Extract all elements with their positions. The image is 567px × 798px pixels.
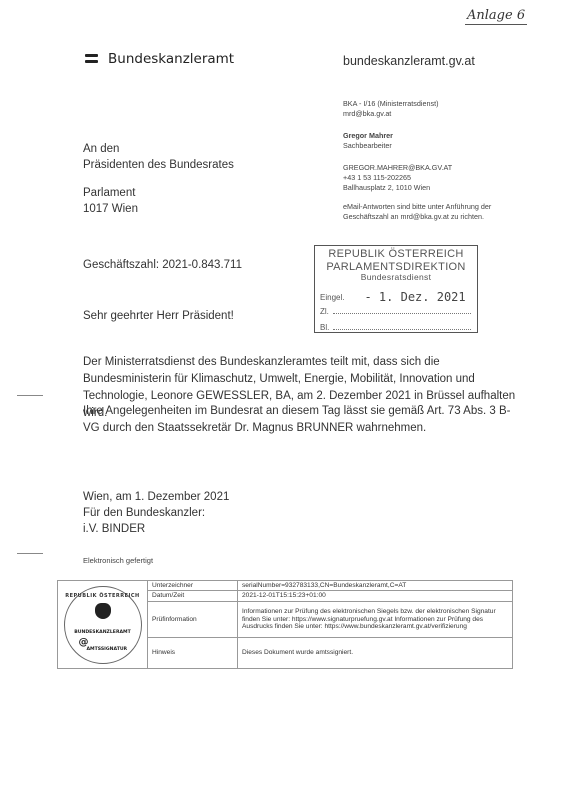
sender-department: BKA - I/16 (Ministerratsdienst)	[343, 99, 438, 109]
recipient-line4: 1017 Wien	[83, 201, 234, 217]
reply-note-line1: eMail-Antworten sind bitte unter Anführu…	[343, 202, 491, 212]
sig-key: Datum/Zeit	[148, 591, 238, 602]
closing-for: Für den Bundeskanzler:	[83, 505, 229, 521]
reference-number: Geschäftszahl: 2021-0.843.711	[83, 259, 242, 271]
sender-department-block: BKA - I/16 (Ministerratsdienst) mrd@bka.…	[343, 99, 438, 119]
seal-org: BUNDESKANZLERAMT	[65, 630, 141, 635]
body-paragraph-2: Ihre Angelegenheiten im Bundesrat an die…	[83, 403, 523, 437]
signature-block: REPUBLIK ÖSTERREICH BUNDESKANZLERAMT @ A…	[57, 580, 513, 669]
sender-address: Ballhausplatz 2, 1010 Wien	[343, 183, 452, 193]
reply-note-line2: Geschäftszahl an mrd@bka.gv.at zu richte…	[343, 212, 491, 222]
sig-value: Informationen zur Prüfung des elektronis…	[238, 602, 512, 638]
bka-logo: Bundeskanzleramt	[85, 51, 234, 67]
sig-key: Prüfinformation	[148, 602, 238, 638]
closing-place-date: Wien, am 1. Dezember 2021	[83, 489, 229, 505]
stamp-zl-label: Zl.	[320, 307, 329, 316]
sender-email[interactable]: GREGOR.MAHRER@BKA.GV.AT	[343, 163, 452, 173]
sender-phone: +43 1 53 115-202265	[343, 173, 452, 183]
salutation: Sehr geehrter Herr Präsident!	[83, 310, 234, 322]
stamp-received-label: Eingel.	[320, 293, 344, 302]
sender-role: Sachbearbeiter	[343, 141, 393, 151]
closing-block: Wien, am 1. Dezember 2021 Für den Bundes…	[83, 489, 229, 537]
closing-signer: i.V. BINDER	[83, 521, 229, 537]
reply-note: eMail-Antworten sind bitte unter Anführu…	[343, 202, 491, 222]
stamp-bl-label: Bl.	[320, 323, 329, 332]
sender-dept-email[interactable]: mrd@bka.gv.at	[343, 109, 438, 119]
stamp-line2: PARLAMENTSDIREKTION	[315, 262, 477, 272]
logo-text: Bundeskanzleramt	[108, 51, 234, 67]
sig-value: 2021-12-01T15:15:23+01:00	[238, 591, 512, 602]
stamp-received-date: - 1. Dez. 2021	[364, 290, 465, 304]
official-seal: REPUBLIK ÖSTERREICH BUNDESKANZLERAMT @ A…	[58, 581, 148, 668]
received-stamp: REPUBLIK ÖSTERREICH PARLAMENTSDIREKTION …	[314, 245, 478, 333]
signature-table: Unterzeichner serialNumber=932783133,CN=…	[148, 581, 512, 668]
recipient-line2: Präsidenten des Bundesrates	[83, 157, 234, 173]
stamp-line1: REPUBLIK ÖSTERREICH	[315, 249, 477, 259]
sig-key: Unterzeichner	[148, 581, 238, 591]
electronic-note: Elektronisch gefertigt	[83, 556, 153, 565]
recipient-address: An den Präsidenten des Bundesrates Parla…	[83, 141, 234, 217]
eagle-icon	[95, 603, 111, 619]
fold-mark-bottom	[17, 553, 43, 554]
website-link[interactable]: bundeskanzleramt.gv.at	[343, 54, 475, 68]
seal-top-text: REPUBLIK ÖSTERREICH	[65, 593, 141, 599]
recipient-line1: An den	[83, 141, 234, 157]
sender-contact-block: GREGOR.MAHRER@BKA.GV.AT +43 1 53 115-202…	[343, 163, 452, 193]
handwritten-annotation: Anlage 6	[465, 8, 527, 25]
sender-name: Gregor Mahrer	[343, 131, 393, 141]
stamp-bl-field	[333, 329, 471, 330]
stamp-zl-field	[333, 313, 471, 314]
stamp-line3: Bundesratsdienst	[315, 272, 477, 282]
sig-value: serialNumber=932783133,CN=Bundeskanzlera…	[238, 581, 512, 591]
sig-value: Dieses Dokument wurde amtssigniert.	[238, 638, 512, 668]
sig-key: Hinweis	[148, 638, 238, 668]
recipient-line3: Parlament	[83, 185, 234, 201]
seal-label: AMTSSIGNATUR	[87, 647, 128, 652]
sender-person-block: Gregor Mahrer Sachbearbeiter	[343, 131, 393, 151]
austria-flag-icon	[85, 54, 98, 64]
fold-mark-top	[17, 395, 43, 396]
